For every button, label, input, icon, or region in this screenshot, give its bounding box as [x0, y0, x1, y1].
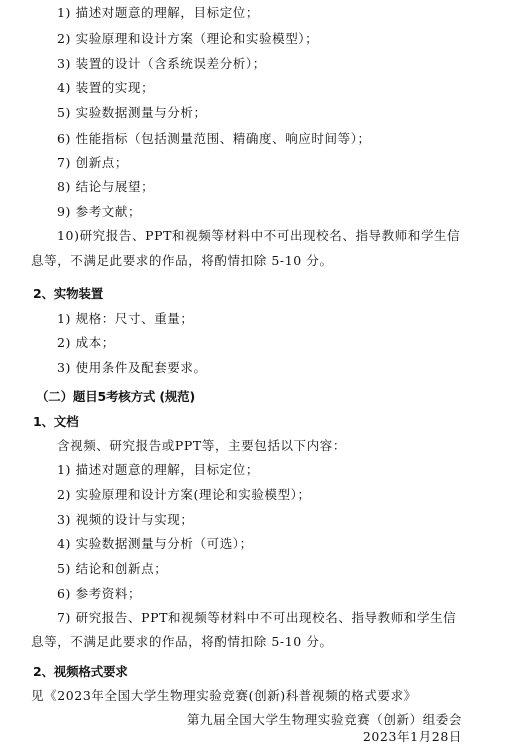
list-item-continuation: 息等，不满足此要求的作品，将酌情扣除 5-10 分。 — [31, 634, 333, 650]
list-item: 9) 参考文献； — [57, 204, 141, 220]
section-heading: 1、文档 — [33, 414, 78, 430]
list-item: 1) 描述对题意的理解，目标定位； — [57, 462, 259, 478]
list-item: 4) 装置的实现； — [57, 80, 154, 96]
list-item: 10)研究报告、PPT和视频等材料中不可出现校名、指导教师和学生信 — [57, 228, 460, 244]
list-item: 6) 参考资料； — [57, 586, 141, 602]
list-item: 2) 成本； — [57, 335, 115, 351]
list-item: 3) 视频的设计与实现； — [57, 512, 194, 528]
list-item: 3) 使用条件及配套要求。 — [57, 360, 207, 376]
part-heading: （二）题目5考核方式 (规范) — [36, 389, 195, 405]
list-item: 2) 实验原理和设计方案(理论和实验模型）； — [57, 487, 311, 503]
list-item: 3) 装置的设计（含系统误差分析）； — [57, 56, 266, 72]
list-item: 5) 实验数据测量与分析； — [57, 105, 207, 121]
section-heading: 2、实物装置 — [33, 286, 103, 302]
reference-text: 见《2023年全国大学生物理实验竞赛(创新)科普视频的格式要求》 — [31, 688, 417, 704]
list-item: 4) 实验数据测量与分析（可选）； — [57, 536, 253, 552]
list-item-continuation: 息等，不满足此要求的作品，将酌情扣除 5-10 分。 — [31, 253, 333, 269]
signature-date: 2023年1月28日 — [363, 729, 462, 745]
list-item: 1) 描述对题意的理解，目标定位； — [57, 5, 259, 21]
section-heading: 2、视频格式要求 — [33, 664, 128, 680]
signature-organization: 第九届全国大学生物理实验竞赛（创新）组委会 — [187, 712, 462, 728]
list-item: 5) 结论和创新点； — [57, 561, 167, 577]
list-item: 6) 性能指标（包括测量范围、精确度、响应时间等）； — [57, 131, 371, 147]
intro-text: 含视频、研究报告或PPT等，主要包括以下内容： — [57, 438, 346, 454]
list-item: 2) 实验原理和设计方案（理论和实验模型）； — [57, 31, 318, 47]
list-item: 1) 规格：尺寸、重量； — [57, 311, 194, 327]
list-item: 7) 研究报告、PPT和视频等材料中不可出现校名、指导教师和学生信 — [57, 610, 456, 626]
list-item: 8) 结论与展望； — [57, 179, 154, 195]
list-item: 7) 创新点； — [57, 155, 128, 171]
